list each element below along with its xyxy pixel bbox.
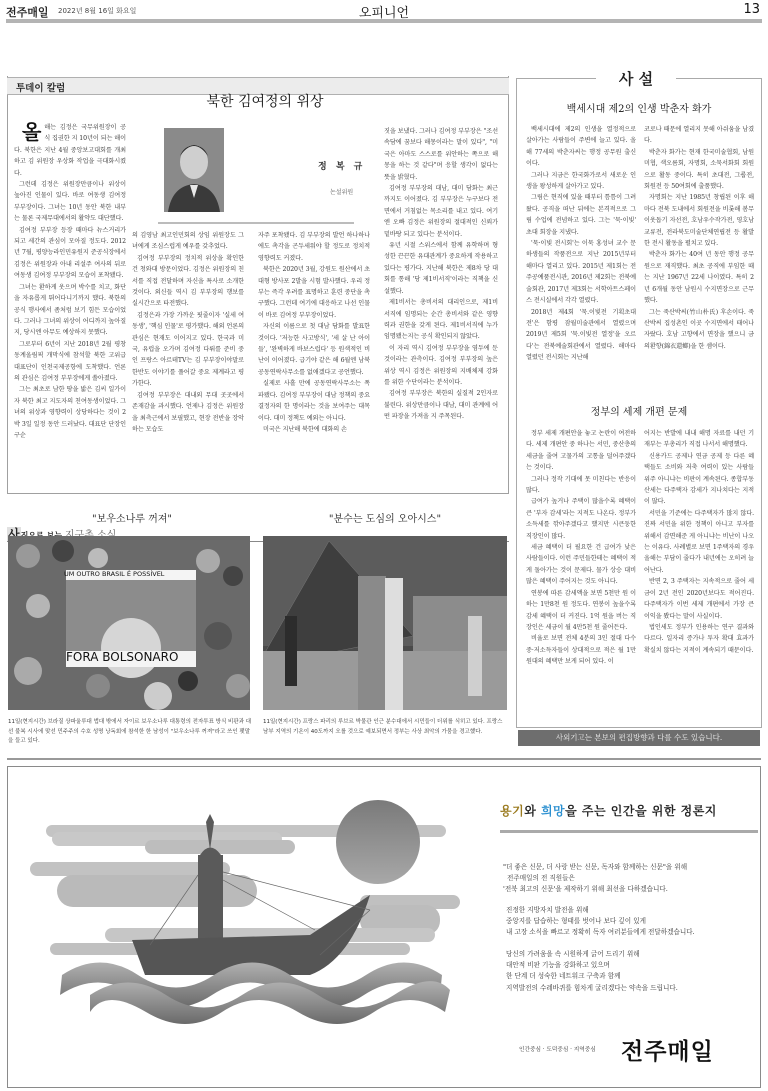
promo-divider [500,830,758,833]
header-divider [6,19,762,23]
author-name: 정 복 규 [318,159,365,172]
editorial-2-col2: 어지는 반발에 내내 해명 자료를 내던 기재부는 부총리가 직접 나서서 해명… [644,428,754,718]
editorial-2-col1: 정부 세제 개편안을 놓고 논란이 여전하다. 세제 개편안 중 하나는 서민,… [526,428,636,718]
fountain-photo-icon [263,536,507,710]
sign-top-text: UM OUTRO BRASIL É POSSÍVEL [64,570,164,578]
dropcap: 올 [22,122,41,142]
page-number: 13 [743,2,760,17]
author-photo [164,128,224,212]
photo2-headline[interactable]: "분수는 도심의 오아시스" [262,510,508,525]
byline-divider [158,222,354,224]
editorial-2-headline[interactable]: 정부의 세제 개편 문제 [519,403,759,418]
author-title: 논설위원 [330,187,353,196]
photo2-caption: 11일(현지시간) 프랑스 파리의 루브르 박물관 인근 분수대에서 시민들이 … [263,718,509,737]
photo-brazil-protest [8,536,250,710]
portrait-icon [164,128,224,212]
brand-logo: 전주매일 [621,1033,714,1066]
promo-paragraph-2: 진정한 지방자치 발전을 위해 중앙지를 답습하는 형태를 벗어나 보다 깊이 … [506,905,764,939]
column-text-col2: 의 김영남 최고인민회의 상임 위원장도 그녀에게 조심스럽게 예우를 갖추었다… [132,230,244,488]
photo1-headline[interactable]: "보우소나루 꺼져" [7,510,257,525]
today-column-label: 투데이 칼럼 [16,80,65,94]
sign-bottom-text: FORA BOLSONARO [66,650,178,664]
crowd-photo-icon [8,536,250,710]
brand-slogan: 인간중심 · 도덕중심 · 지역중심 [519,1044,596,1053]
disclaimer-banner: 사외기고는 본보의 편집방향과 다를 수도 있습니다. [518,730,760,746]
pen-ship-illustration-icon [30,800,460,1040]
photo-louvre-fountain [263,536,507,710]
editorial-1-col1: 백세시대에 제2의 인생을 열정적으로 살아가는 사람들이 주변에 늘고 있다.… [526,124,636,384]
editorial-1-col2: 코로나 때문에 열리지 못해 아쉬움을 남겼다. 박춘자 화가는 현재 한국미술… [644,124,754,384]
column-text-col3: 자주 포착됐다. 김 부부장의 발언 하나하나에도 촉각을 곤두세워야 할 정도… [258,230,370,488]
promo-headline: 용기와 희망을 주는 인간을 위한 정론지 [500,802,717,819]
column-text-col1: 올 해는 김정은 국무위원장이 공식 집권한 지 10년이 되는 해이다. 북한… [14,122,126,488]
editorial-label: 사 설 [596,68,676,89]
promo-illustration [30,800,460,1040]
promo-paragraph-3: 당신의 가려움을 속 시원하게 긁어 드리기 위해 대안적 비판 기능을 강화하… [506,949,764,994]
column-text-col4: 짓을 보냈다. 그러나 김여정 부부장은 "조선 속담에 꿈보다 해몽이라는 말… [384,126,498,488]
promo-paragraph-1: "더 좋은 신문, 더 사랑 받는 신문, 독자와 함께하는 신문"을 위해 전… [503,862,761,896]
column-headline[interactable]: 북한 김여정의 위상 [150,91,380,111]
section-divider [7,758,761,760]
photo1-caption: 11일(현지시간) 브라질 상파울루대 법대 밖에서 자이르 보우소나루 대통령… [8,718,252,747]
editorial-1-headline[interactable]: 백세시대 제2의 인생 박춘자 화가 [519,100,759,115]
